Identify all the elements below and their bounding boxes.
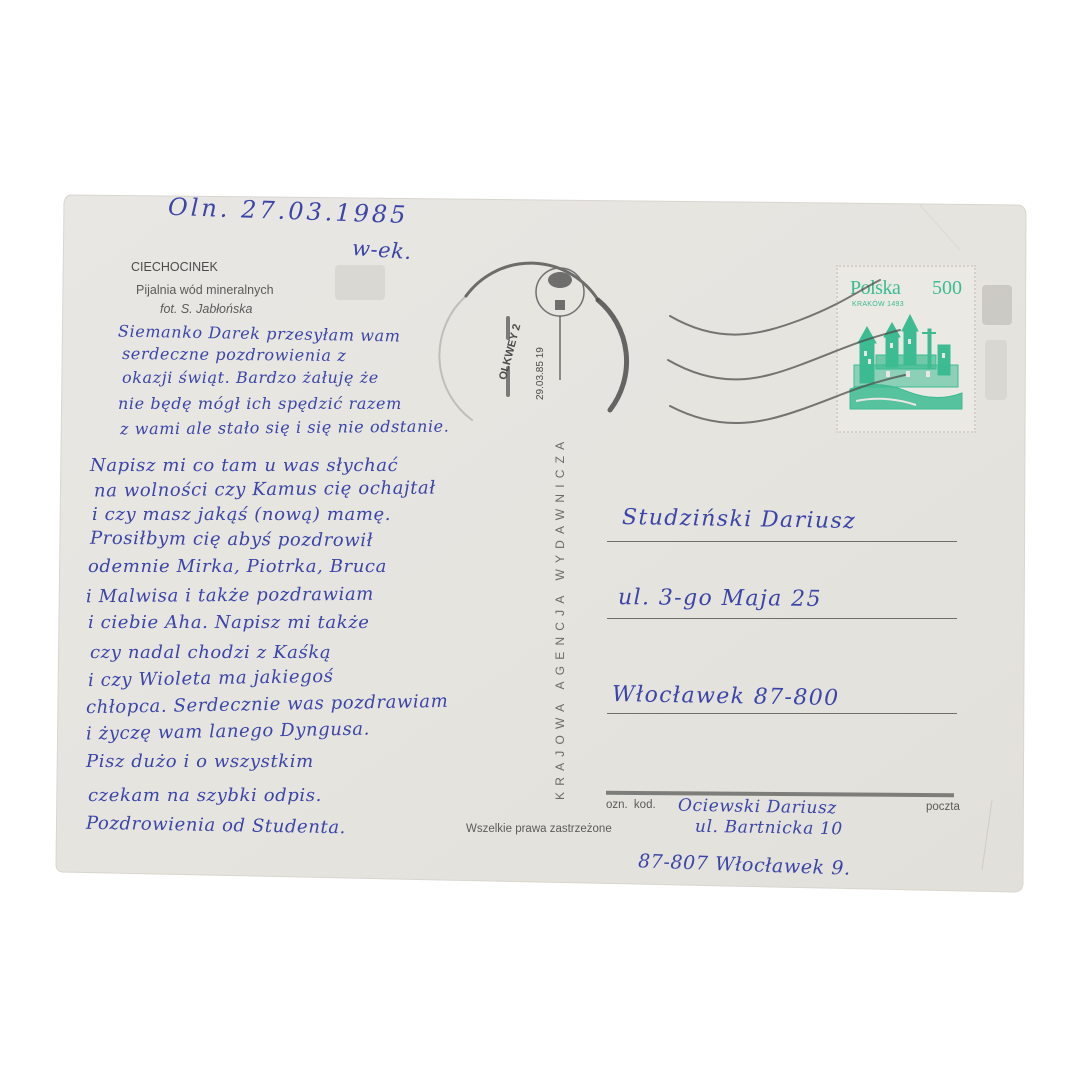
message-line: Napisz mi co tam u was słychać xyxy=(90,455,398,476)
caption-photographer: fot. S. Jabłońska xyxy=(160,302,252,316)
postage-stamp: Polska 500 KRAKÓW 1493 xyxy=(836,265,976,433)
message-line: czekam na szybki odpis. xyxy=(88,785,322,806)
message-line: Prosiłbym cię abyś pozdrowił xyxy=(90,528,373,551)
rights-notice: Wszelkie prawa zastrzeżone xyxy=(466,823,612,835)
postmark-date-text: 29.03.85 19 xyxy=(535,347,546,400)
message-line: Pisz dużo i o wszystkim xyxy=(86,751,314,772)
message-line: serdeczne pozdrowienia z xyxy=(122,344,346,365)
message-line: i czy Wioleta ma jakiegoś xyxy=(88,666,334,691)
message-line: okazji świąt. Bardzo żałuję że xyxy=(122,368,379,387)
sender-name: Ociewski Dariusz xyxy=(678,796,837,819)
stamp-value: 500 xyxy=(932,277,962,300)
sender-street: ul. Bartnicka 10 xyxy=(695,817,843,840)
postal-code-label: ozn. kod. xyxy=(606,799,656,811)
recipient-street: ul. 3-go Maja 25 xyxy=(618,585,822,612)
postcard: CIECHOCINEK Pijalnia wód mineralnych fot… xyxy=(0,0,1080,1080)
message-line: czy nadal chodzi z Kaśką xyxy=(90,642,331,663)
address-line-2 xyxy=(607,618,957,619)
address-line-3 xyxy=(607,713,957,714)
message-line: i ciebie Aha. Napisz mi także xyxy=(88,612,370,633)
post-office-label: poczta xyxy=(926,801,960,813)
handwritten-place: w-ek. xyxy=(351,236,412,264)
message-line: i Malwisa i także pozdrawiam xyxy=(86,584,374,608)
caption-subtitle: Pijalnia wód mineralnych xyxy=(136,283,274,297)
caption-title: CIECHOCINEK xyxy=(131,260,218,274)
address-line-1 xyxy=(607,541,957,542)
recipient-name: Studziński Dariusz xyxy=(622,505,857,534)
stamp-country: Polska xyxy=(850,277,900,300)
message-line: i czy masz jakąś (nową) mamę. xyxy=(92,504,391,525)
stamp-subtitle: KRAKÓW 1493 xyxy=(852,301,904,308)
message-line: na wolności czy Kamus cię ochajtał xyxy=(94,478,436,502)
message-line: z wami ale stało się i się nie odstanie. xyxy=(120,417,450,439)
publisher-vertical-text: KRAJOWA AGENCJA WYDAWNICZA xyxy=(553,436,567,800)
recipient-city: Włocławek 87-800 xyxy=(612,682,840,711)
message-line: nie będę mógł ich spędzić razem xyxy=(118,394,402,413)
message-line: Pozdrowienia od Studenta. xyxy=(86,813,346,839)
stamp-castle-illustration-icon xyxy=(846,309,966,419)
message-line: odemnie Mirka, Piotrka, Bruca xyxy=(88,556,387,577)
